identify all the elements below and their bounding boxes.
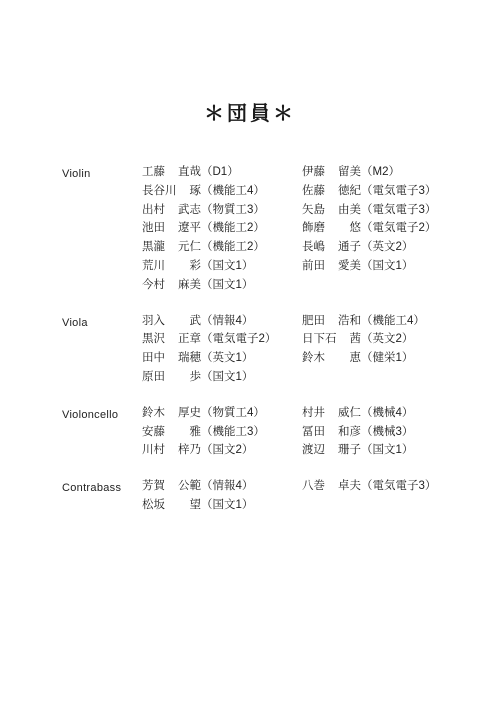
member-affiliation: （機械3）	[361, 426, 413, 438]
member-row: 黒沢正章（電気電子2）	[142, 330, 302, 349]
member-given-name: 歩	[190, 368, 202, 387]
member-family-name: 羽入	[142, 312, 165, 331]
member-given-name: 武志	[178, 201, 201, 220]
member-name: 今村麻美	[142, 276, 201, 295]
member-row: 伊藤留美（M2）	[302, 163, 462, 182]
member-family-name: 田中	[142, 349, 165, 368]
member-row: 長嶋通子（英文2）	[302, 238, 462, 257]
member-name: 日下石茜	[302, 330, 361, 349]
member-given-name: 彩	[190, 257, 202, 276]
member-family-name: 長谷川	[142, 182, 177, 201]
member-row: 川村梓乃（国文2）	[142, 441, 302, 460]
member-family-name: 八巻	[302, 477, 325, 496]
member-column: 工藤直哉（D1）長谷川琢（機能工4）出村武志（物質工3）池田遼平（機能工2）黒瀧…	[142, 163, 302, 295]
member-column: 肥田浩和（機能工4）日下石茜（英文2）鈴木恵（健栄1）	[302, 312, 462, 368]
member-column: 羽入武（情報4）黒沢正章（電気電子2）田中瑞穂（英文1）原田歩（国文1）	[142, 312, 302, 387]
member-row: 矢島由美（電気電子3）	[302, 201, 462, 220]
member-given-name: 茜	[350, 330, 362, 349]
member-given-name: 琢	[190, 182, 202, 201]
member-row: 原田歩（国文1）	[142, 368, 302, 387]
member-sections: Violin工藤直哉（D1）長谷川琢（機能工4）出村武志（物質工3）池田遼平（機…	[0, 163, 500, 515]
member-name: 荒川彩	[142, 257, 201, 276]
page-title: ＊団員＊	[0, 97, 500, 121]
member-family-name: 工藤	[142, 163, 165, 182]
section-violoncello: Violoncello鈴木厚史（物質工4）安藤雅（機能工3）川村梓乃（国文2）村…	[0, 404, 500, 460]
member-family-name: 池田	[142, 219, 165, 238]
member-name: 黒瀧元仁	[142, 238, 201, 257]
member-name: 原田歩	[142, 368, 201, 387]
member-affiliation: （国文1）	[361, 444, 413, 456]
program-page: ＊団員＊ Violin工藤直哉（D1）長谷川琢（機能工4）出村武志（物質工3）池…	[0, 0, 500, 723]
member-row: 安藤雅（機能工3）	[142, 423, 302, 442]
member-affiliation: （機械4）	[361, 407, 413, 419]
member-family-name: 原田	[142, 368, 165, 387]
member-name: 飾磨悠	[302, 219, 361, 238]
member-column: 伊藤留美（M2）佐藤徳紀（電気電子3）矢島由美（電気電子3）飾磨悠（電気電子2）…	[302, 163, 462, 276]
member-row: 前田愛美（国文1）	[302, 257, 462, 276]
member-affiliation: （機能工3）	[201, 426, 265, 438]
section-label: Viola	[62, 312, 142, 333]
member-given-name: 梓乃	[178, 441, 201, 460]
member-given-name: 和彦	[338, 423, 361, 442]
member-family-name: 佐藤	[302, 182, 325, 201]
member-affiliation: （電気電子2）	[361, 222, 436, 234]
member-given-name: 通子	[338, 238, 361, 257]
member-family-name: 伊藤	[302, 163, 325, 182]
member-affiliation: （電気電子3）	[361, 185, 436, 197]
member-affiliation: （機能工4）	[361, 315, 425, 327]
member-affiliation: （国文1）	[201, 260, 253, 272]
member-affiliation: （情報4）	[201, 315, 253, 327]
member-given-name: 武	[190, 312, 202, 331]
member-given-name: 卓夫	[338, 477, 361, 496]
member-family-name: 鈴木	[302, 349, 325, 368]
member-name: 羽入武	[142, 312, 201, 331]
member-row: 出村武志（物質工3）	[142, 201, 302, 220]
member-name: 村井威仁	[302, 404, 361, 423]
member-affiliation: （M2）	[361, 166, 400, 178]
member-column: 鈴木厚史（物質工4）安藤雅（機能工3）川村梓乃（国文2）	[142, 404, 302, 460]
member-name: 池田遼平	[142, 219, 201, 238]
member-name: 鈴木厚史	[142, 404, 201, 423]
section-contrabass: Contrabass芳賀公範（情報4）松坂望（国文1）八巻卓夫（電気電子3）	[0, 477, 500, 515]
member-row: 八巻卓夫（電気電子3）	[302, 477, 462, 496]
member-name: 安藤雅	[142, 423, 201, 442]
member-row: 鈴木厚史（物質工4）	[142, 404, 302, 423]
member-given-name: 正章	[178, 330, 201, 349]
member-family-name: 鈴木	[142, 404, 165, 423]
member-given-name: 留美	[338, 163, 361, 182]
member-affiliation: （英文2）	[361, 333, 413, 345]
member-name: 佐藤徳紀	[302, 182, 361, 201]
member-family-name: 松坂	[142, 496, 165, 515]
member-affiliation: （国文1）	[201, 371, 253, 383]
member-affiliation: （機能工4）	[201, 185, 265, 197]
member-given-name: 徳紀	[338, 182, 361, 201]
member-row: 松坂望（国文1）	[142, 496, 302, 515]
member-family-name: 長嶋	[302, 238, 325, 257]
member-column: 村井威仁（機械4）冨田和彦（機械3）渡辺珊子（国文1）	[302, 404, 462, 460]
member-row: 長谷川琢（機能工4）	[142, 182, 302, 201]
member-given-name: 雅	[190, 423, 202, 442]
member-name: 八巻卓夫	[302, 477, 361, 496]
member-name: 松坂望	[142, 496, 201, 515]
member-row: 芳賀公範（情報4）	[142, 477, 302, 496]
member-family-name: 肥田	[302, 312, 325, 331]
member-family-name: 渡辺	[302, 441, 325, 460]
member-given-name: 威仁	[338, 404, 361, 423]
member-row: 冨田和彦（機械3）	[302, 423, 462, 442]
member-affiliation: （機能工2）	[201, 222, 265, 234]
member-row: 鈴木恵（健栄1）	[302, 349, 462, 368]
member-row: 荒川彩（国文1）	[142, 257, 302, 276]
member-name: 渡辺珊子	[302, 441, 361, 460]
member-affiliation: （電気電子3）	[361, 204, 436, 216]
member-affiliation: （情報4）	[201, 480, 253, 492]
member-family-name: 川村	[142, 441, 165, 460]
member-row: 飾磨悠（電気電子2）	[302, 219, 462, 238]
member-given-name: 公範	[178, 477, 201, 496]
member-given-name: 恵	[350, 349, 362, 368]
member-given-name: 麻美	[178, 276, 201, 295]
member-family-name: 黒沢	[142, 330, 165, 349]
member-row: 今村麻美（国文1）	[142, 276, 302, 295]
member-affiliation: （機能工2）	[201, 241, 265, 253]
member-affiliation: （国文1）	[201, 499, 253, 511]
member-name: 工藤直哉	[142, 163, 201, 182]
section-viola: Viola羽入武（情報4）黒沢正章（電気電子2）田中瑞穂（英文1）原田歩（国文1…	[0, 312, 500, 387]
member-row: 工藤直哉（D1）	[142, 163, 302, 182]
member-name: 肥田浩和	[302, 312, 361, 331]
section-label: Contrabass	[62, 477, 142, 498]
member-row: 田中瑞穂（英文1）	[142, 349, 302, 368]
member-given-name: 直哉	[178, 163, 201, 182]
member-given-name: 珊子	[338, 441, 361, 460]
member-affiliation: （電気電子2）	[201, 333, 276, 345]
member-affiliation: （英文1）	[201, 352, 253, 364]
member-row: 渡辺珊子（国文1）	[302, 441, 462, 460]
member-family-name: 今村	[142, 276, 165, 295]
member-affiliation: （物質工3）	[201, 204, 265, 216]
member-row: 村井威仁（機械4）	[302, 404, 462, 423]
member-affiliation: （電気電子3）	[361, 480, 436, 492]
member-name: 田中瑞穂	[142, 349, 201, 368]
member-row: 池田遼平（機能工2）	[142, 219, 302, 238]
member-row: 黒瀧元仁（機能工2）	[142, 238, 302, 257]
member-given-name: 厚史	[178, 404, 201, 423]
member-affiliation: （D1）	[201, 166, 239, 178]
section-label: Violoncello	[62, 404, 142, 425]
member-family-name: 出村	[142, 201, 165, 220]
member-affiliation: （国文1）	[201, 279, 253, 291]
section-violin: Violin工藤直哉（D1）長谷川琢（機能工4）出村武志（物質工3）池田遼平（機…	[0, 163, 500, 295]
member-name: 前田愛美	[302, 257, 361, 276]
member-name: 伊藤留美	[302, 163, 361, 182]
member-family-name: 前田	[302, 257, 325, 276]
member-name: 長谷川琢	[142, 182, 201, 201]
member-affiliation: （健栄1）	[361, 352, 413, 364]
member-affiliation: （英文2）	[361, 241, 413, 253]
member-column: 八巻卓夫（電気電子3）	[302, 477, 462, 496]
member-family-name: 冨田	[302, 423, 325, 442]
member-family-name: 村井	[302, 404, 325, 423]
member-name: 鈴木恵	[302, 349, 361, 368]
member-affiliation: （国文1）	[361, 260, 413, 272]
member-given-name: 浩和	[338, 312, 361, 331]
member-family-name: 荒川	[142, 257, 165, 276]
member-name: 長嶋通子	[302, 238, 361, 257]
member-name: 黒沢正章	[142, 330, 201, 349]
member-given-name: 悠	[350, 219, 362, 238]
member-family-name: 芳賀	[142, 477, 165, 496]
member-row: 羽入武（情報4）	[142, 312, 302, 331]
member-name: 出村武志	[142, 201, 201, 220]
member-row: 日下石茜（英文2）	[302, 330, 462, 349]
member-family-name: 黒瀧	[142, 238, 165, 257]
member-family-name: 安藤	[142, 423, 165, 442]
member-given-name: 遼平	[178, 219, 201, 238]
member-family-name: 矢島	[302, 201, 325, 220]
member-name: 川村梓乃	[142, 441, 201, 460]
member-affiliation: （国文2）	[201, 444, 253, 456]
member-affiliation: （物質工4）	[201, 407, 265, 419]
member-name: 芳賀公範	[142, 477, 201, 496]
member-given-name: 元仁	[178, 238, 201, 257]
member-given-name: 瑞穂	[178, 349, 201, 368]
section-label: Violin	[62, 163, 142, 184]
member-column: 芳賀公範（情報4）松坂望（国文1）	[142, 477, 302, 515]
member-row: 佐藤徳紀（電気電子3）	[302, 182, 462, 201]
member-row: 肥田浩和（機能工4）	[302, 312, 462, 331]
member-family-name: 日下石	[302, 330, 337, 349]
member-family-name: 飾磨	[302, 219, 325, 238]
member-given-name: 望	[190, 496, 202, 515]
member-name: 矢島由美	[302, 201, 361, 220]
member-given-name: 由美	[338, 201, 361, 220]
member-name: 冨田和彦	[302, 423, 361, 442]
member-given-name: 愛美	[338, 257, 361, 276]
